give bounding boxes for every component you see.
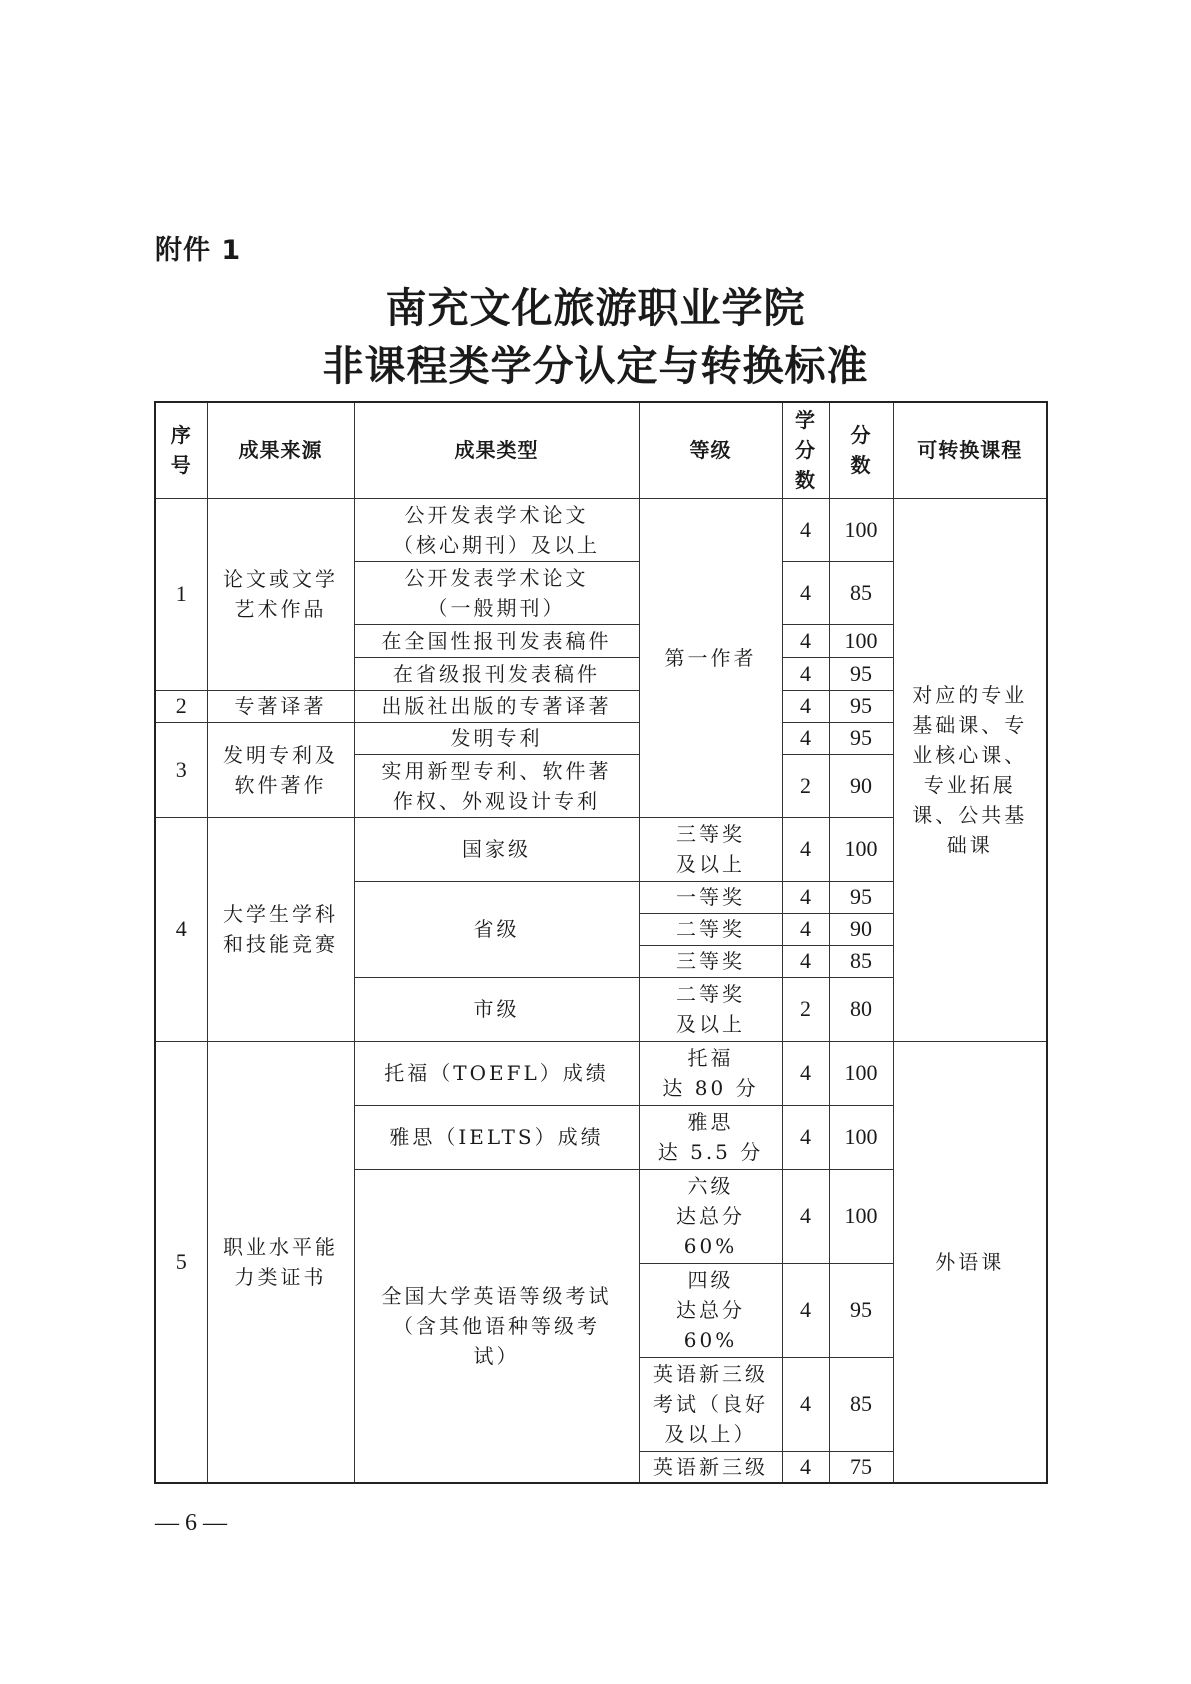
score-cell: 100	[829, 624, 893, 657]
header-source: 成果来源	[207, 402, 354, 498]
type-cell: 公开发表学术论文 （一般期刊）	[354, 561, 639, 624]
header-course: 可转换课程	[893, 402, 1047, 498]
document-title-line2: 非课程类学分认定与转换标准	[0, 333, 1191, 392]
type-cell: 出版社出版的专著译著	[354, 690, 639, 722]
seq-cell: 3	[155, 722, 207, 817]
credits-cell: 4	[782, 690, 829, 722]
credits-cell: 4	[782, 817, 829, 881]
seq-cell: 5	[155, 1041, 207, 1483]
score-cell: 95	[829, 657, 893, 690]
credit-conversion-table: 序 号 成果来源 成果类型 等级 学 分 数 分 数 可转换课程 1 论文或文学…	[154, 401, 1048, 1484]
score-cell: 95	[829, 690, 893, 722]
credits-cell: 4	[782, 1041, 829, 1105]
type-cell: 发明专利	[354, 722, 639, 754]
credits-cell: 4	[782, 624, 829, 657]
credits-cell: 4	[782, 1451, 829, 1483]
score-cell: 100	[829, 1169, 893, 1263]
course-cell: 对应的专业 基础课、专 业核心课、 专业拓展 课、公共基 础课	[893, 498, 1047, 1041]
header-row: 序 号 成果来源 成果类型 等级 学 分 数 分 数 可转换课程	[155, 402, 1047, 498]
source-cell: 发明专利及 软件著作	[207, 722, 354, 817]
credits-cell: 4	[782, 1357, 829, 1451]
score-cell: 95	[829, 722, 893, 754]
header-credits: 学 分 数	[782, 402, 829, 498]
credits-cell: 4	[782, 881, 829, 913]
level-cell: 六级 达总分 60%	[639, 1169, 782, 1263]
level-cell: 英语新三级 考试（良好 及以上）	[639, 1357, 782, 1451]
source-cell: 专著译著	[207, 690, 354, 722]
level-cell: 第一作者	[639, 498, 782, 817]
type-cell: 托福（TOEFL）成绩	[354, 1041, 639, 1105]
type-cell: 实用新型专利、软件著 作权、外观设计专利	[354, 754, 639, 817]
score-cell: 80	[829, 977, 893, 1041]
source-cell: 大学生学科 和技能竞赛	[207, 817, 354, 1041]
score-cell: 90	[829, 913, 893, 945]
score-cell: 100	[829, 1105, 893, 1169]
credits-cell: 4	[782, 561, 829, 624]
credits-cell: 4	[782, 1105, 829, 1169]
score-cell: 95	[829, 1263, 893, 1357]
level-cell: 三等奖	[639, 945, 782, 977]
level-cell: 三等奖 及以上	[639, 817, 782, 881]
type-cell: 雅思（IELTS）成绩	[354, 1105, 639, 1169]
page-number: — 6 —	[155, 1510, 227, 1537]
level-cell: 四级 达总分 60%	[639, 1263, 782, 1357]
score-cell: 100	[829, 498, 893, 561]
level-cell: 二等奖	[639, 913, 782, 945]
score-cell: 100	[829, 817, 893, 881]
credits-cell: 2	[782, 977, 829, 1041]
score-cell: 85	[829, 561, 893, 624]
header-seq: 序 号	[155, 402, 207, 498]
type-cell: 在全国性报刊发表稿件	[354, 624, 639, 657]
credits-cell: 4	[782, 722, 829, 754]
score-cell: 85	[829, 945, 893, 977]
type-cell: 省级	[354, 881, 639, 977]
score-cell: 75	[829, 1451, 893, 1483]
level-cell: 托福 达 80 分	[639, 1041, 782, 1105]
type-cell: 市级	[354, 977, 639, 1041]
level-cell: 英语新三级	[639, 1451, 782, 1483]
document-title-line1: 南充文化旅游职业学院	[0, 275, 1191, 334]
level-cell: 二等奖 及以上	[639, 977, 782, 1041]
credits-cell: 4	[782, 498, 829, 561]
header-type: 成果类型	[354, 402, 639, 498]
credits-cell: 4	[782, 945, 829, 977]
credits-cell: 2	[782, 754, 829, 817]
type-cell: 公开发表学术论文 （核心期刊）及以上	[354, 498, 639, 561]
table-row: 5 职业水平能 力类证书 托福（TOEFL）成绩 托福 达 80 分 4 100…	[155, 1041, 1047, 1105]
type-cell: 全国大学英语等级考试 （含其他语种等级考 试）	[354, 1169, 639, 1483]
table-row: 1 论文或文学 艺术作品 公开发表学术论文 （核心期刊）及以上 第一作者 4 1…	[155, 498, 1047, 561]
credits-cell: 4	[782, 1169, 829, 1263]
attachment-label: 附件 1	[155, 228, 241, 267]
source-cell: 职业水平能 力类证书	[207, 1041, 354, 1483]
type-cell: 在省级报刊发表稿件	[354, 657, 639, 690]
score-cell: 95	[829, 881, 893, 913]
level-cell: 一等奖	[639, 881, 782, 913]
type-cell: 国家级	[354, 817, 639, 881]
score-cell: 100	[829, 1041, 893, 1105]
course-cell: 外语课	[893, 1041, 1047, 1483]
credits-cell: 4	[782, 657, 829, 690]
score-cell: 90	[829, 754, 893, 817]
seq-cell: 2	[155, 690, 207, 722]
score-cell: 85	[829, 1357, 893, 1451]
source-cell: 论文或文学 艺术作品	[207, 498, 354, 690]
level-cell: 雅思 达 5.5 分	[639, 1105, 782, 1169]
credits-cell: 4	[782, 913, 829, 945]
seq-cell: 1	[155, 498, 207, 690]
seq-cell: 4	[155, 817, 207, 1041]
header-level: 等级	[639, 402, 782, 498]
header-score: 分 数	[829, 402, 893, 498]
credits-cell: 4	[782, 1263, 829, 1357]
